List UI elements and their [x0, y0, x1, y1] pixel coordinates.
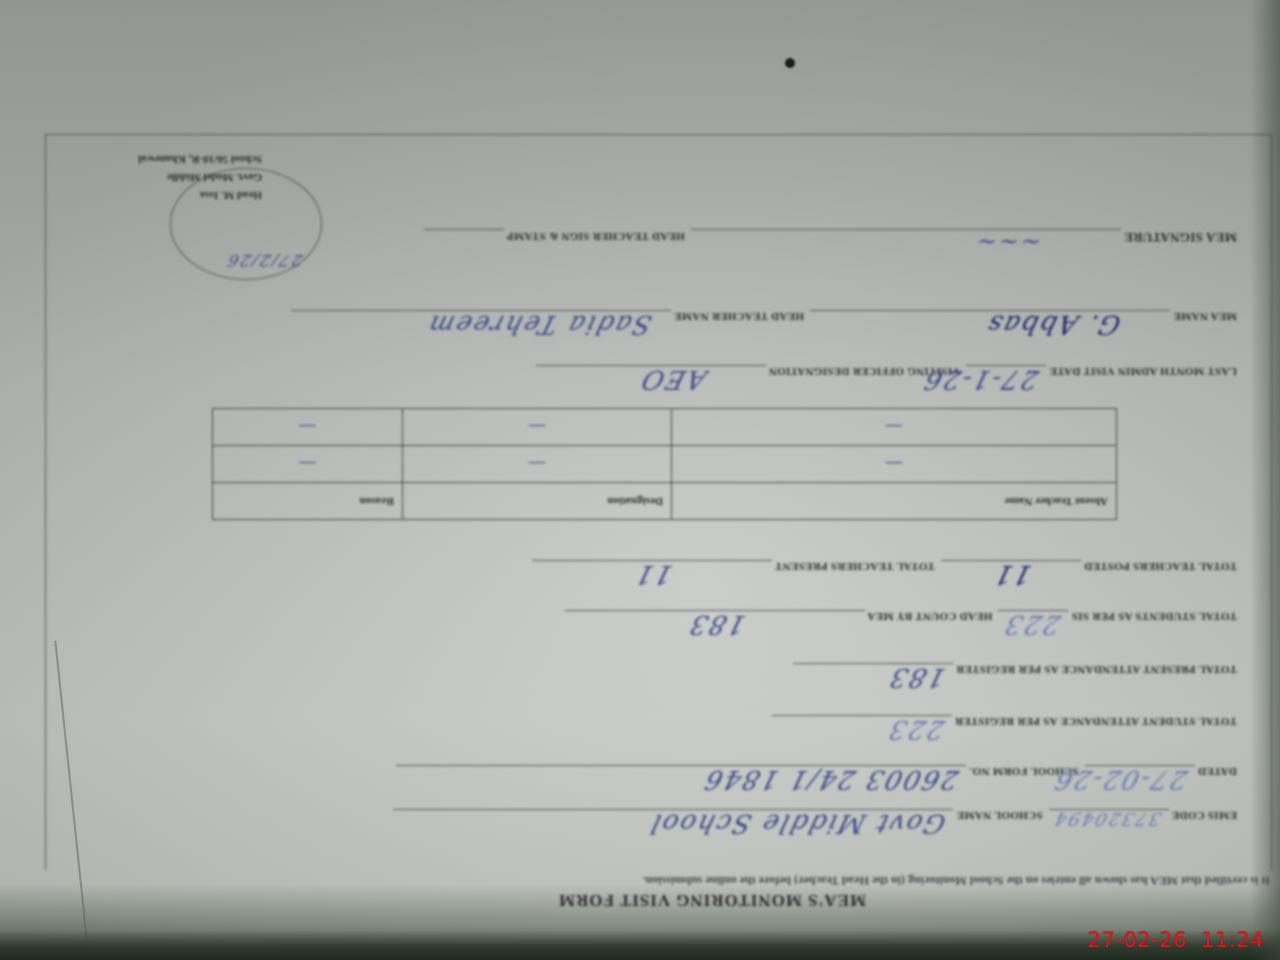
total-students-sis-field: 223 [999, 610, 1069, 625]
background-edge-right [1250, 0, 1280, 960]
visiting-officer-designation-field: AEO [536, 365, 766, 380]
row-present-attendance: TOTAL PRESENT ATTENDANCE AS PER REGISTER… [793, 663, 1237, 678]
form-title: MEA'S MONITORING VISIT FORM [432, 890, 992, 910]
table-row: — — — [213, 446, 1117, 483]
emis-code-field: 37320494 [1049, 809, 1169, 824]
dated-field: 27-02-26 [1085, 765, 1195, 780]
row-admin-visit: LAST MONTH ADMIN VISIT DATE 27-1-26 VISI… [536, 365, 1237, 380]
stamp-text: Head M. Issa Govt. Model Middle School 5… [138, 150, 262, 204]
table-row: — — — [213, 409, 1117, 446]
row-signatures: MEA SIGNATURE ~~~ HEAD TEACHER SIGN & ST… [424, 229, 1237, 245]
mea-name-field: G. Abbas [810, 310, 1170, 325]
absent-teachers-table: Absent Teacher Name Designation Reason —… [212, 408, 1117, 520]
camera-timestamp: 27-02-2611:24 [1088, 928, 1264, 952]
column-header: Absent Teacher Name [672, 483, 1117, 520]
row-names: MEA NAME G. Abbas HEAD TEACHER NAME Sadi… [291, 310, 1237, 325]
stamp-initials: 27/2/26 [224, 251, 305, 270]
total-teachers-present-field: 11 [532, 560, 772, 575]
column-header: Designation [402, 483, 671, 520]
form-rotated: MEA'S MONITORING VISIT FORM It is certif… [0, 0, 1280, 960]
column-header: Reason [213, 483, 403, 520]
mea-signature-field: ~~~ [691, 229, 1121, 244]
admin-visit-date-field: 27-1-26 [966, 365, 1046, 380]
row-sis: TOTAL STUDENTS AS PER SIS 223 HEAD COUNT… [565, 610, 1237, 625]
row-emis: EMIS CODE 37320494 SCHOOL NAME Govt Midd… [393, 809, 1237, 824]
head-teacher-name-field: Sadia Tehreem [291, 310, 671, 325]
head-teacher-signature-field [424, 229, 504, 244]
row-dated: DATED 27-02-26 SCHOOL FORM NO. 26003 24/… [396, 765, 1237, 780]
row-teachers: TOTAL TEACHERS POSTED 11 TOTAL TEACHERS … [532, 560, 1237, 575]
school-form-no-field: 26003 24/1 1846 [396, 765, 966, 780]
table-header-row: Absent Teacher Name Designation Reason [213, 483, 1117, 520]
total-student-attendance-field: 223 [772, 715, 952, 730]
school-name-field: Govt Middle School [393, 809, 953, 824]
row-total-attendance: TOTAL STUDENT ATTENDANCE AS PER REGISTER… [772, 715, 1237, 730]
certification-text: It is certified that MEA has shown all e… [60, 873, 1270, 888]
head-count-mea-field: 183 [565, 610, 865, 625]
total-teachers-posted-field: 11 [941, 560, 1081, 575]
total-present-attendance-field: 183 [793, 663, 953, 678]
